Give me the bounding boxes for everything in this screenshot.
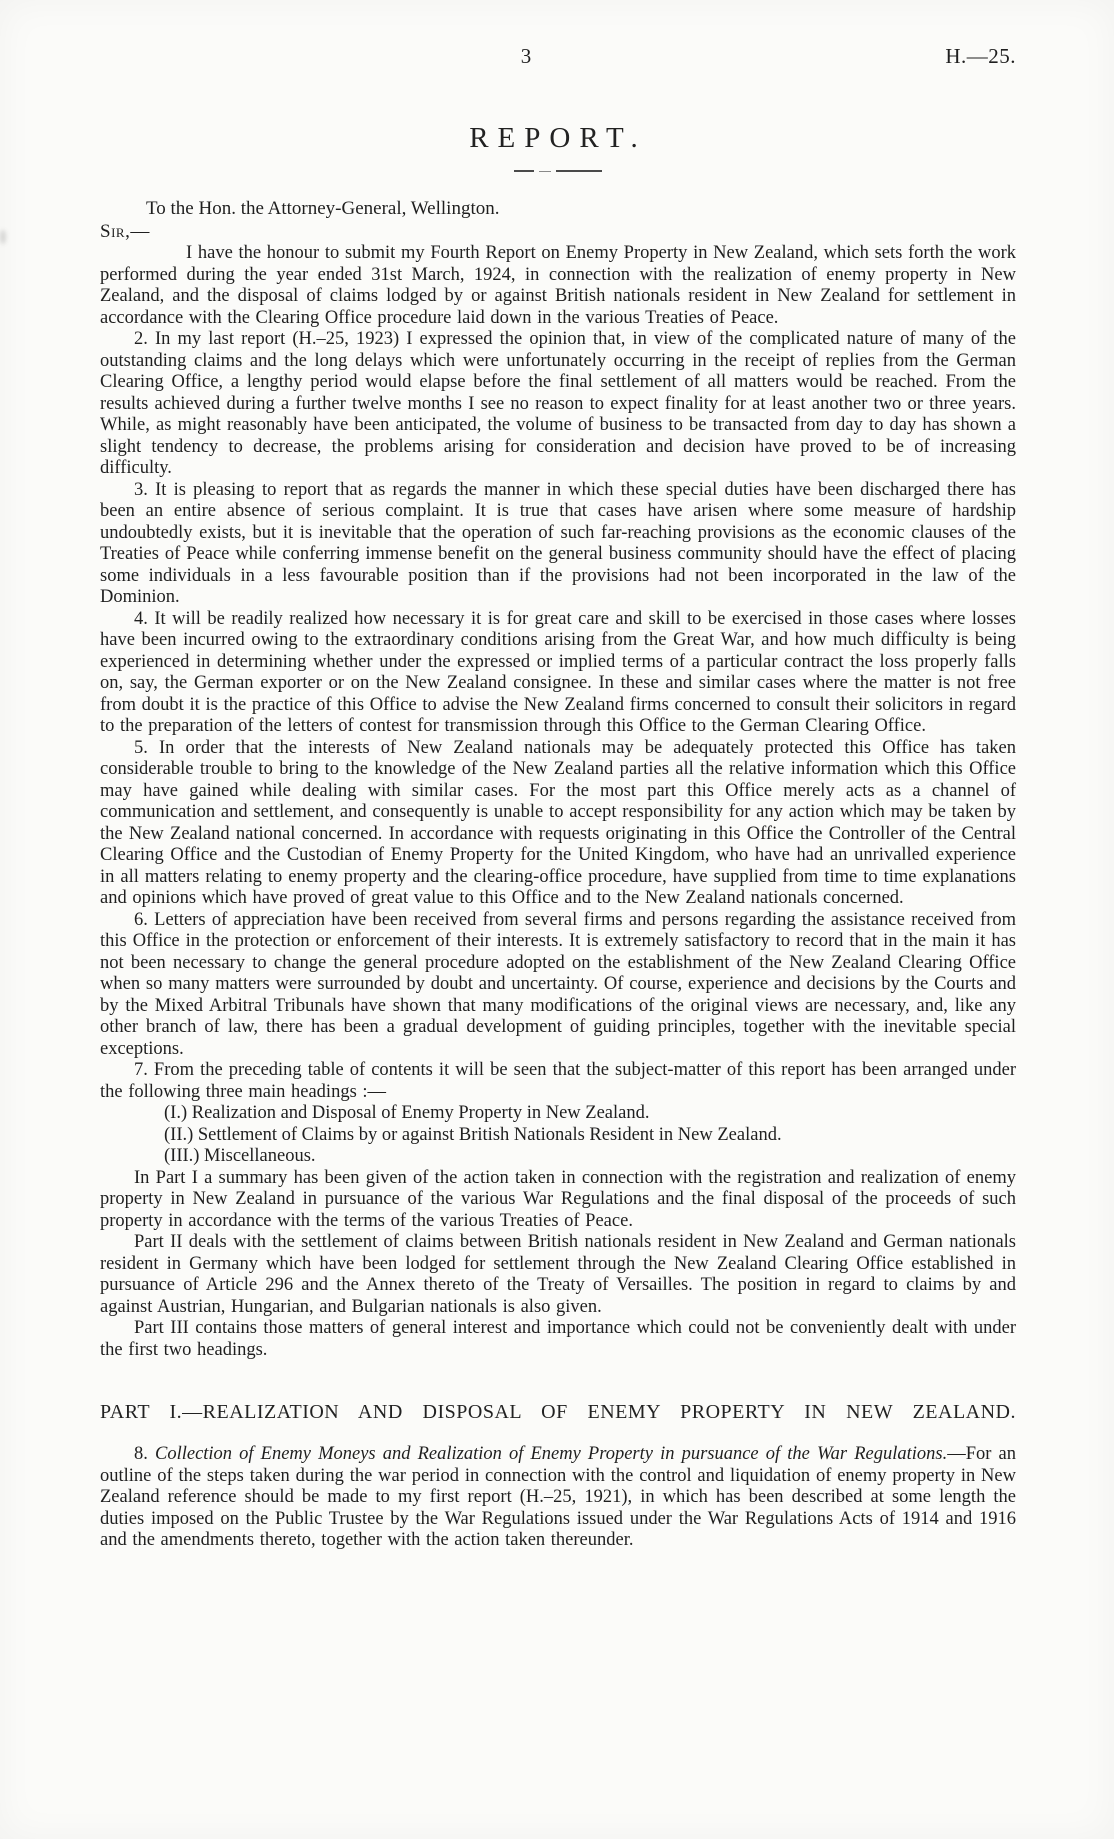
heading-item-3: (III.) Miscellaneous. — [100, 1146, 1016, 1168]
heading-item-1: (I.) Realization and Disposal of Enemy P… — [100, 1103, 1016, 1125]
paragraph-8-italic-lead: Collection of Enemy Moneys and Realizati… — [155, 1444, 947, 1464]
document-reference: H.—25. — [945, 44, 1016, 69]
paragraph-7-intro: 7. From the preceding table of contents … — [100, 1060, 1016, 1103]
paragraph-4: 4. It will be readily realized how neces… — [100, 609, 1016, 738]
paragraph-1: I have the honour to submit my Fourth Re… — [100, 243, 1016, 329]
page-number: 3 — [100, 44, 952, 69]
document-page: 3 H.—25. REPORT. To the Hon. the Attorne… — [0, 0, 1114, 1839]
paragraph-5: 5. In order that the interests of New Ze… — [100, 738, 1016, 910]
report-title: REPORT. — [100, 122, 1016, 155]
heading-item-2: (II.) Settlement of Claims by or against… — [100, 1125, 1016, 1147]
paragraph-2: 2. In my last report (H.–25, 1923) I exp… — [100, 329, 1016, 480]
salutation-sir: Sir,— — [100, 220, 1016, 243]
page-content: 3 H.—25. REPORT. To the Hon. the Attorne… — [100, 44, 1016, 1552]
paragraph-6: 6. Letters of appreciation have been rec… — [100, 910, 1016, 1061]
part-i-heading: PART I.—REALIZATION AND DISPOSAL OF ENEM… — [100, 1401, 1016, 1424]
title-rule — [100, 169, 1016, 173]
rule-segment — [539, 171, 551, 172]
salutation-address: To the Hon. the Attorney-General, Wellin… — [100, 197, 1016, 220]
paragraph-8: 8. Collection of Enemy Moneys and Realiz… — [100, 1444, 1016, 1552]
main-headings-list: (I.) Realization and Disposal of Enemy P… — [100, 1103, 1016, 1168]
paragraph-8-number: 8. — [134, 1444, 155, 1464]
part-ii-summary-paragraph: Part II deals with the settlement of cla… — [100, 1232, 1016, 1318]
rule-segment — [556, 170, 602, 172]
page-header: 3 H.—25. — [100, 44, 1016, 72]
rule-segment — [514, 170, 534, 172]
scan-smudge — [0, 230, 6, 244]
part-i-summary-paragraph: In Part I a summary has been given of th… — [100, 1168, 1016, 1233]
paragraph-3: 3. It is pleasing to report that as rega… — [100, 480, 1016, 609]
part-iii-summary-paragraph: Part III contains those matters of gener… — [100, 1318, 1016, 1361]
